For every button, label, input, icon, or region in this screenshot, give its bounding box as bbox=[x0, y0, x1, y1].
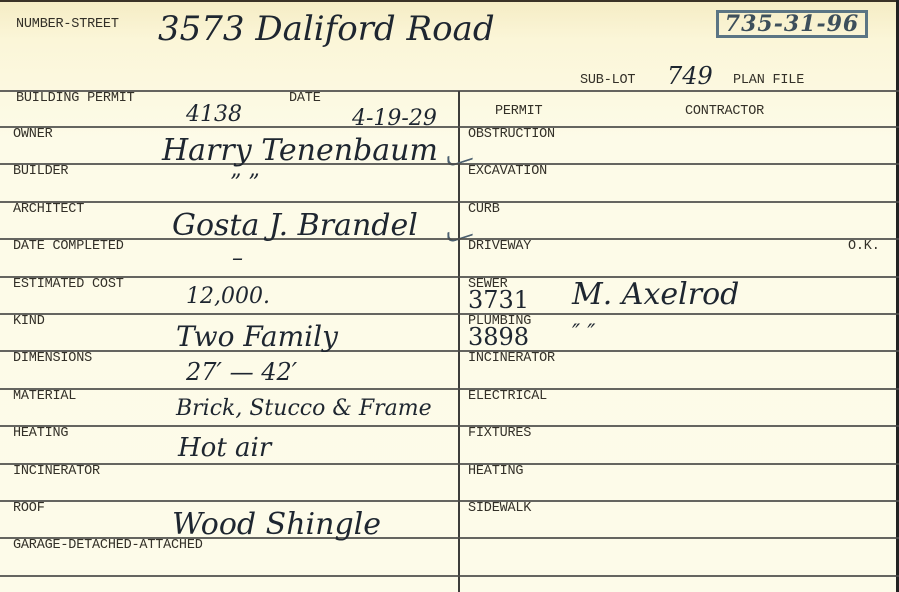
sub-lot-label: SUB-LOT bbox=[580, 74, 635, 88]
field-value-builder: ” ” bbox=[230, 173, 260, 195]
building-permit-value: 4138 bbox=[186, 104, 242, 126]
building-permit-label: BUILDING PERMIT bbox=[16, 92, 135, 106]
permit-row-curb: CURB bbox=[468, 203, 500, 217]
permit-number: 3731 bbox=[468, 288, 529, 312]
row-divider bbox=[0, 575, 899, 577]
field-label-builder: BUILDER bbox=[13, 165, 68, 179]
field-label-heating: HEATING bbox=[13, 427, 68, 441]
permit-card: NUMBER-STREET 3573 Daliford Road 735-31-… bbox=[0, 0, 899, 592]
date-label: DATE bbox=[289, 92, 321, 106]
field-value-date-completed: – bbox=[232, 248, 243, 270]
plan-file-label: PLAN FILE bbox=[733, 74, 804, 88]
field-label-roof: ROOF bbox=[13, 502, 45, 516]
permit-row-heating: HEATING bbox=[468, 465, 523, 479]
row-divider bbox=[0, 163, 899, 165]
card-top-edge bbox=[0, 0, 899, 2]
field-value-estimated-cost: 12,000. bbox=[186, 286, 270, 308]
field-label-architect: ARCHITECT bbox=[13, 203, 84, 217]
number-street-label: NUMBER-STREET bbox=[16, 18, 119, 32]
permit-number: 3898 bbox=[468, 325, 529, 349]
number-street-value: 3573 Daliford Road bbox=[158, 12, 495, 46]
row-divider bbox=[0, 276, 899, 278]
field-label-incinerator: INCINERATOR bbox=[13, 465, 100, 479]
permit-row-obstruction: OBSTRUCTION bbox=[468, 128, 555, 142]
field-value-owner: Harry Tenenbaum bbox=[162, 136, 438, 166]
field-label-estimated-cost: ESTIMATED COST bbox=[13, 278, 124, 292]
permit-row-incinerator: INCINERATOR bbox=[468, 352, 555, 366]
field-value-roof: Wood Shingle bbox=[172, 510, 381, 540]
field-value-architect: Gosta J. Brandel bbox=[172, 211, 418, 241]
permit-header: PERMIT bbox=[495, 105, 542, 119]
field-value-dimensions: 27′ — 42′ bbox=[186, 360, 297, 384]
field-label-material: MATERIAL bbox=[13, 390, 76, 404]
row-divider bbox=[0, 238, 899, 240]
sub-lot-value: 749 bbox=[667, 64, 713, 88]
field-value-material: Brick, Stucco & Frame bbox=[176, 398, 432, 420]
permit-note: O.K. bbox=[848, 240, 880, 254]
permit-row-fixtures: FIXTURES bbox=[468, 427, 531, 441]
field-label-date-completed: DATE COMPLETED bbox=[13, 240, 124, 254]
row-divider bbox=[0, 463, 899, 465]
column-divider bbox=[458, 91, 460, 592]
contractor-name: ″ ″ bbox=[572, 323, 595, 345]
permit-row-excavation: EXCAVATION bbox=[468, 165, 547, 179]
field-label-garage-detached-attached: GARAGE-DETACHED-ATTACHED bbox=[13, 539, 203, 553]
row-divider bbox=[0, 350, 899, 352]
permit-row-driveway: DRIVEWAY bbox=[468, 240, 531, 254]
row-divider bbox=[0, 425, 899, 427]
field-value-kind: Two Family bbox=[176, 323, 338, 351]
contractor-name: M. Axelrod bbox=[572, 280, 739, 310]
row-divider bbox=[0, 388, 899, 390]
permit-row-electrical: ELECTRICAL bbox=[468, 390, 547, 404]
row-divider bbox=[0, 201, 899, 203]
permit-row-sidewalk: SIDEWALK bbox=[468, 502, 531, 516]
contractor-header: CONTRACTOR bbox=[685, 105, 764, 119]
field-label-kind: KIND bbox=[13, 315, 45, 329]
field-value-heating: Hot air bbox=[178, 435, 271, 461]
row-divider bbox=[0, 126, 899, 128]
row-divider bbox=[0, 500, 899, 502]
stamp-number: 735-31-96 bbox=[716, 10, 868, 38]
field-label-dimensions: DIMENSIONS bbox=[13, 352, 92, 366]
row-divider bbox=[0, 313, 899, 315]
field-label-owner: OWNER bbox=[13, 128, 53, 142]
